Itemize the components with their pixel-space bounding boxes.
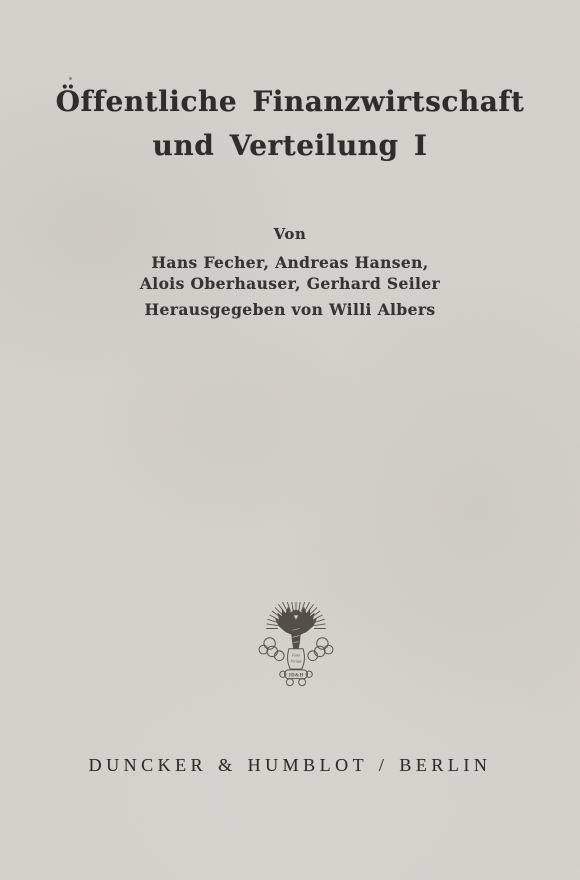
phoenix-bird-icon <box>275 607 317 649</box>
emblem-cartouche-icon: JD&H <box>285 670 308 679</box>
book-title: Öffentliche Finanzwirtschaft und Verteil… <box>0 80 580 168</box>
emblem-shield-icon: Fiant Veritas <box>288 649 305 669</box>
authors-line1: Hans Fecher, Andreas Hansen, <box>0 252 580 273</box>
book-title-line1: Öffentliche Finanzwirtschaft <box>0 80 580 124</box>
von-label: Von <box>0 225 580 243</box>
editor-line: Herausgegeben von Willi Albers <box>0 300 580 319</box>
book-title-line2: und Verteilung I <box>0 124 580 168</box>
scanned-title-page: Öffentliche Finanzwirtschaft und Verteil… <box>0 0 580 880</box>
emblem-cartouche-text: JD&H <box>288 674 303 679</box>
emblem-motto-line1: Fiant <box>291 654 301 658</box>
paper-speck <box>69 77 72 80</box>
emblem-motto-line2: Veritas <box>291 659 302 663</box>
publisher-emblem-icon: Fiant Veritas JD&H <box>252 602 340 699</box>
publisher-imprint: DUNCKER & HUMBLOT / BERLIN <box>0 755 580 776</box>
authors-block: Hans Fecher, Andreas Hansen, Alois Oberh… <box>0 252 580 294</box>
authors-line2: Alois Oberhauser, Gerhard Seiler <box>0 273 580 294</box>
